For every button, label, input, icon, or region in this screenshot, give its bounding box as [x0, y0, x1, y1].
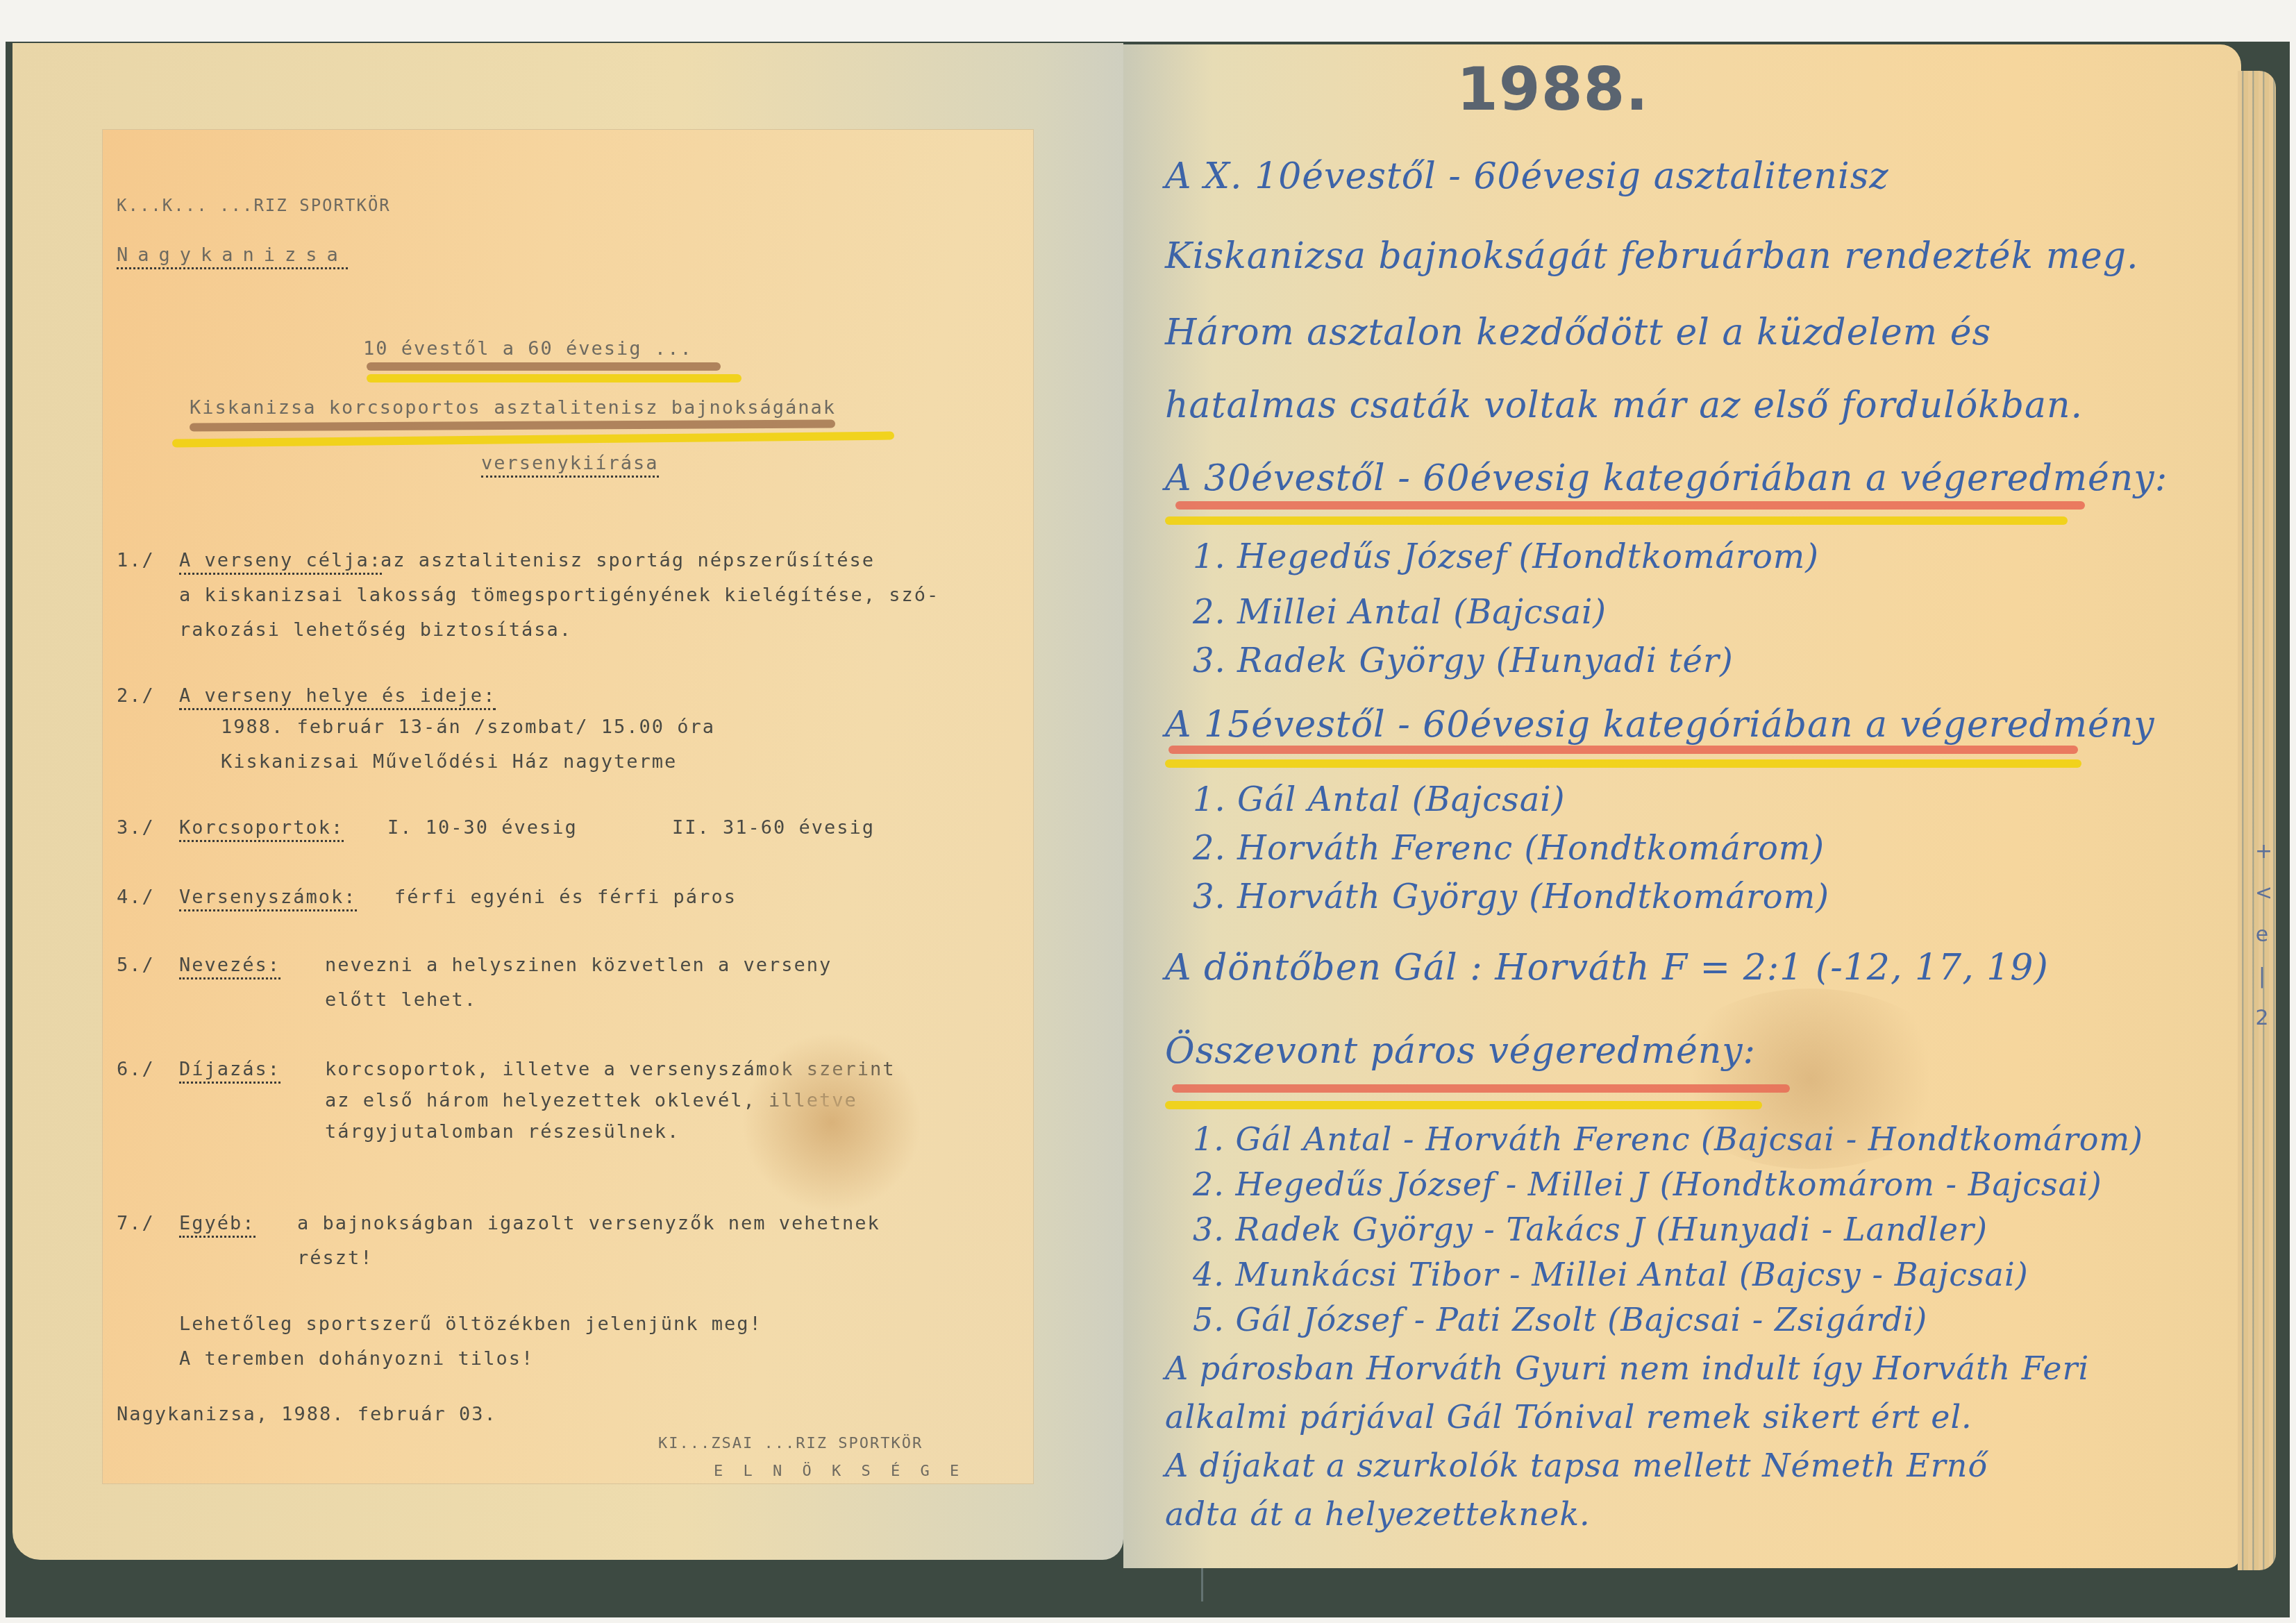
signature-board: E L N Ö K S É G E — [714, 1463, 964, 1480]
section-label: Korcsoportok: — [179, 817, 344, 842]
intro-line: A X. 10évestől - 60évesig asztalitenisz — [1165, 155, 1889, 197]
pasted-typewritten-notice: K...K... ...RIZ SPORTKÖR Nagykanizsa 10 … — [103, 130, 1033, 1483]
result-row: 2. Millei Antal (Bajcsai) — [1193, 593, 1607, 632]
margin-marks: + < e | 2 — [2255, 831, 2269, 1039]
section-text: nevezni a helyszinen közvetlen a verseny — [325, 955, 832, 976]
section-label: Versenyszámok: — [179, 886, 357, 911]
section-number: 5./ — [117, 955, 155, 976]
section-label: A verseny helye és ideje: — [179, 685, 496, 710]
red-highlight — [1172, 1084, 1790, 1093]
club-name-header: K...K... ...RIZ SPORTKÖR — [117, 196, 391, 215]
section-text: részt! — [297, 1247, 374, 1269]
notice-subtitle: 10 évestől a 60 évesig ... — [363, 338, 693, 360]
section-label: Díjazás: — [179, 1059, 280, 1084]
section-label: Egyéb: — [179, 1213, 255, 1238]
open-scrapbook: K...K... ...RIZ SPORTKÖR Nagykanizsa 10 … — [12, 43, 2269, 1570]
closing-line: A párosban Horváth Gyuri nem indult így … — [1165, 1349, 2089, 1387]
section-number: 4./ — [117, 886, 155, 908]
yellow-highlight — [1165, 759, 2081, 768]
category-heading: A 30évestől - 60évesig kategóriában a vé… — [1165, 457, 2168, 499]
section-text: a kiskanizsai lakosság tömegsportigényén… — [179, 585, 939, 606]
margin-mark: + — [2255, 831, 2269, 873]
year-heading: 1988. — [1457, 55, 1649, 124]
section-number: 7./ — [117, 1213, 155, 1234]
signature-club: KI...ZSAI ...RIZ SPORTKÖR — [658, 1435, 923, 1452]
yellow-highlight — [1165, 516, 2068, 525]
final-result: A döntőben Gál : Horváth F = 2:1 (-12, 1… — [1165, 947, 2049, 989]
section-text: a bajnokságban igazolt versenyzők nem ve… — [297, 1213, 880, 1234]
city-header: Nagykanizsa — [117, 244, 348, 269]
notice-title: Kiskanizsa korcsoportos asztalitenisz ba… — [190, 397, 836, 419]
doubles-row: 1. Gál Antal - Horváth Ferenc (Bajcsai -… — [1193, 1120, 2143, 1158]
closing-line: A díjakat a szurkolók tapsa mellett Néme… — [1165, 1447, 1988, 1484]
brown-highlight — [367, 362, 721, 371]
section-text: az asztalitenisz sportág népszerűsítése — [380, 550, 875, 571]
section-number: 2./ — [117, 685, 155, 707]
notice-heading: versenykiírása — [481, 453, 659, 478]
section-text: I. 10-30 évesig — [387, 817, 578, 839]
closing-line: alkalmi párjával Gál Tónival remek siker… — [1165, 1398, 1972, 1436]
result-row: 3. Radek György (Hunyadi tér) — [1193, 641, 1734, 680]
page-edges — [2238, 71, 2276, 1570]
no-smoking-note: A teremben dohányozni tilos! — [179, 1348, 534, 1370]
section-text: tárgyjutalomban részesülnek. — [325, 1121, 680, 1143]
result-row: 1. Gál Antal (Bajcsai) — [1193, 780, 1565, 819]
margin-mark: e — [2255, 914, 2269, 956]
yellow-highlight — [172, 432, 894, 448]
section-label: Nevezés: — [179, 955, 280, 979]
section-text: Kiskanizsai Művelődési Ház nagyterme — [221, 751, 677, 773]
doubles-row: 5. Gál József - Pati Zsolt (Bajcsai - Zs… — [1193, 1301, 1927, 1338]
intro-line: hatalmas csaták voltak már az első fordu… — [1165, 385, 2083, 426]
closing-note: Lehetőleg sportszerű öltözékben jelenjün… — [179, 1313, 762, 1335]
section-number: 1./ — [117, 550, 155, 571]
result-row: 2. Horváth Ferenc (Hondtkomárom) — [1193, 829, 1825, 868]
doubles-row: 3. Radek György - Takács J (Hunyadi - La… — [1193, 1211, 1988, 1248]
water-stain — [741, 1032, 922, 1213]
section-number: 6./ — [117, 1059, 155, 1080]
result-row: 3. Horváth György (Hondtkomárom) — [1193, 877, 1829, 916]
intro-line: Három asztalon kezdődött el a küzdelem é… — [1165, 312, 1991, 353]
closing-line: adta át a helyezetteknek. — [1165, 1495, 1591, 1533]
margin-mark: < — [2255, 873, 2269, 914]
section-label: A verseny célja: — [179, 550, 382, 575]
section-text: előtt lehet. — [325, 989, 477, 1011]
doubles-row: 4. Munkácsi Tibor - Millei Antal (Bajcsy… — [1193, 1256, 2029, 1293]
section-text: 1988. február 13-án /szombat/ 15.00 óra — [221, 716, 715, 738]
section-number: 3./ — [117, 817, 155, 839]
brown-highlight — [190, 420, 835, 432]
doubles-heading: Összevont páros végeredmény: — [1165, 1030, 1756, 1072]
yellow-highlight — [1165, 1101, 1762, 1109]
section-text: rakozási lehetőség biztosítása. — [179, 619, 572, 641]
margin-mark: 2 — [2255, 998, 2269, 1039]
doubles-row: 2. Hegedűs József - Millei J (Hondtkomár… — [1193, 1166, 2102, 1203]
date-line: Nagykanizsa, 1988. február 03. — [117, 1404, 497, 1425]
red-highlight — [1168, 746, 2078, 754]
yellow-highlight — [367, 374, 741, 382]
red-highlight — [1175, 501, 2085, 510]
left-page: K...K... ...RIZ SPORTKÖR Nagykanizsa 10 … — [12, 43, 1123, 1560]
section-text: férfi egyéni és férfi páros — [394, 886, 737, 908]
section-text: II. 31-60 évesig — [672, 817, 875, 839]
intro-line: Kiskanizsa bajnokságát februárban rendez… — [1165, 235, 2139, 277]
right-page: 1988. A X. 10évestől - 60évesig asztalit… — [1123, 44, 2241, 1568]
margin-mark: | — [2255, 956, 2269, 998]
category-heading: A 15évestől - 60évesig kategóriában a vé… — [1165, 704, 2155, 746]
result-row: 1. Hegedűs József (Hondtkomárom) — [1193, 537, 1819, 576]
